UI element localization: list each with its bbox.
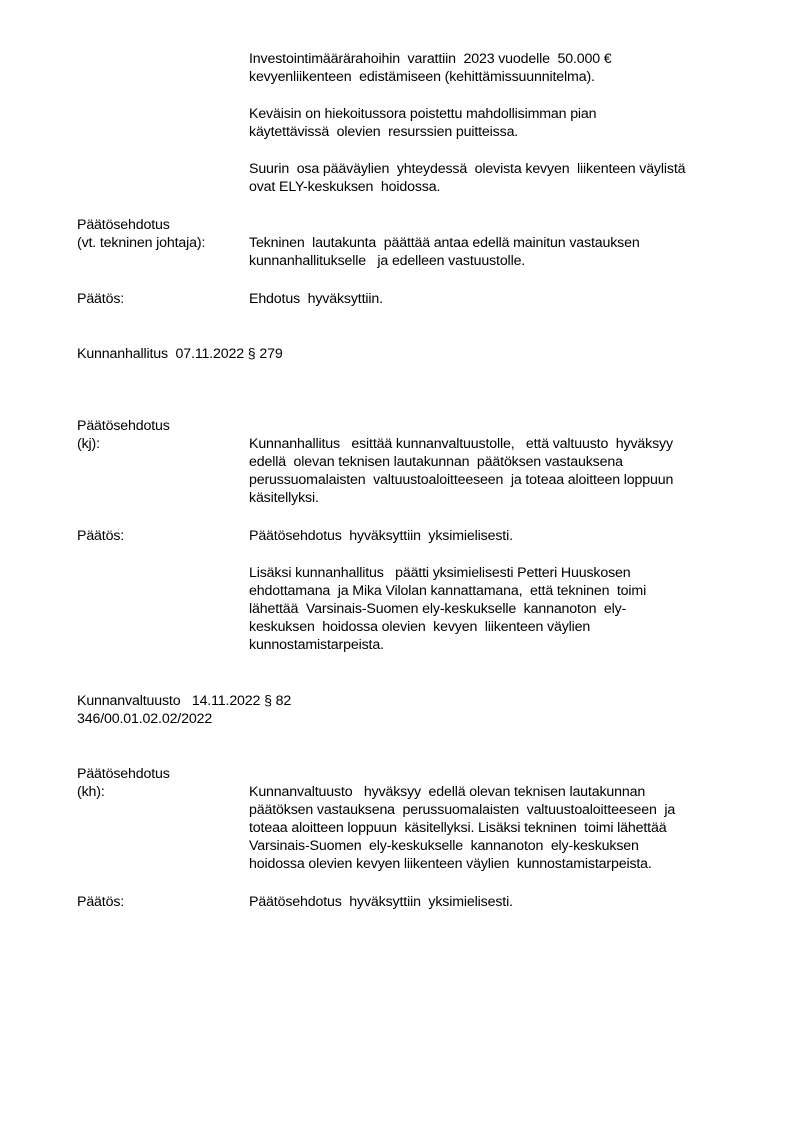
proposal-text-line: edellä olevan teknisen lautakunnan päätö…: [249, 453, 623, 471]
decision-text: Päätösehdotus hyväksyttiin yksimielisest…: [249, 893, 513, 911]
addition-text-line: lähettää Varsinais-Suomen ely-keskuksell…: [249, 600, 626, 618]
intro-line-2: kevyenliikenteen edistämiseen (kehittämi…: [249, 68, 595, 86]
proposal-text-line: Kunnanvaltuusto hyväksyy edellä olevan t…: [249, 783, 645, 801]
proposal-text-line: Tekninen lautakunta päättää antaa edellä…: [249, 234, 640, 252]
record-number: 346/00.01.02.02/2022: [77, 710, 212, 728]
decision-label: Päätös:: [77, 893, 124, 911]
section-heading: Kunnanvaltuusto 14.11.2022 § 82: [77, 692, 291, 710]
proposer-label: (vt. tekninen johtaja):: [77, 234, 205, 252]
proposal-label: Päätösehdotus: [77, 765, 170, 783]
proposal-text-line: Varsinais-Suomen ely-keskukselle kannano…: [249, 837, 639, 855]
proposal-text-line: kunnanhallitukselle ja edelleen vastuust…: [249, 252, 525, 270]
proposer-label: (kh):: [77, 783, 105, 801]
decision-label: Päätös:: [77, 290, 124, 308]
proposal-text-line: Kunnanhallitus esittää kunnanvaltuustoll…: [249, 435, 673, 453]
section-heading: Kunnanhallitus 07.11.2022 § 279: [77, 345, 283, 363]
decision-text: Ehdotus hyväksyttiin.: [249, 290, 383, 308]
proposer-label: (kj):: [77, 435, 100, 453]
addition-text-line: Lisäksi kunnanhallitus päätti yksimielis…: [249, 564, 631, 582]
proposal-label: Päätösehdotus: [77, 417, 170, 435]
proposal-text-line: käsitellyksi.: [249, 489, 319, 507]
spring-line-2: käytettävissä olevien resurssien puittei…: [249, 123, 518, 141]
proposal-label: Päätösehdotus: [77, 216, 170, 234]
decision-label: Päätös:: [77, 527, 124, 545]
ely-line-2: ovat ELY-keskuksen hoidossa.: [249, 178, 440, 196]
addition-text-line: kunnostamistarpeista.: [249, 636, 384, 654]
proposal-text-line: toteaa aloitteen loppuun käsitellyksi. L…: [249, 819, 666, 837]
spring-line-1: Keväisin on hiekoitussora poistettu mahd…: [249, 105, 596, 123]
proposal-text-line: perussuomalaisten valtuustoaloitteeseen …: [249, 471, 673, 489]
addition-text-line: keskuksen hoidossa olevien kevyen liiken…: [249, 618, 590, 636]
intro-line-1: Investointimäärärahoihin varattiin 2023 …: [249, 50, 611, 68]
proposal-text-line: päätöksen vastauksena perussuomalaisten …: [249, 801, 675, 819]
ely-line-1: Suurin osa pääväylien yhteydessä olevist…: [249, 160, 685, 178]
addition-text-line: ehdottamana ja Mika Vilolan kannattamana…: [249, 582, 646, 600]
decision-text: Päätösehdotus hyväksyttiin yksimielisest…: [249, 527, 513, 545]
proposal-text-line: hoidossa olevien kevyen liikenteen väyli…: [249, 855, 652, 873]
